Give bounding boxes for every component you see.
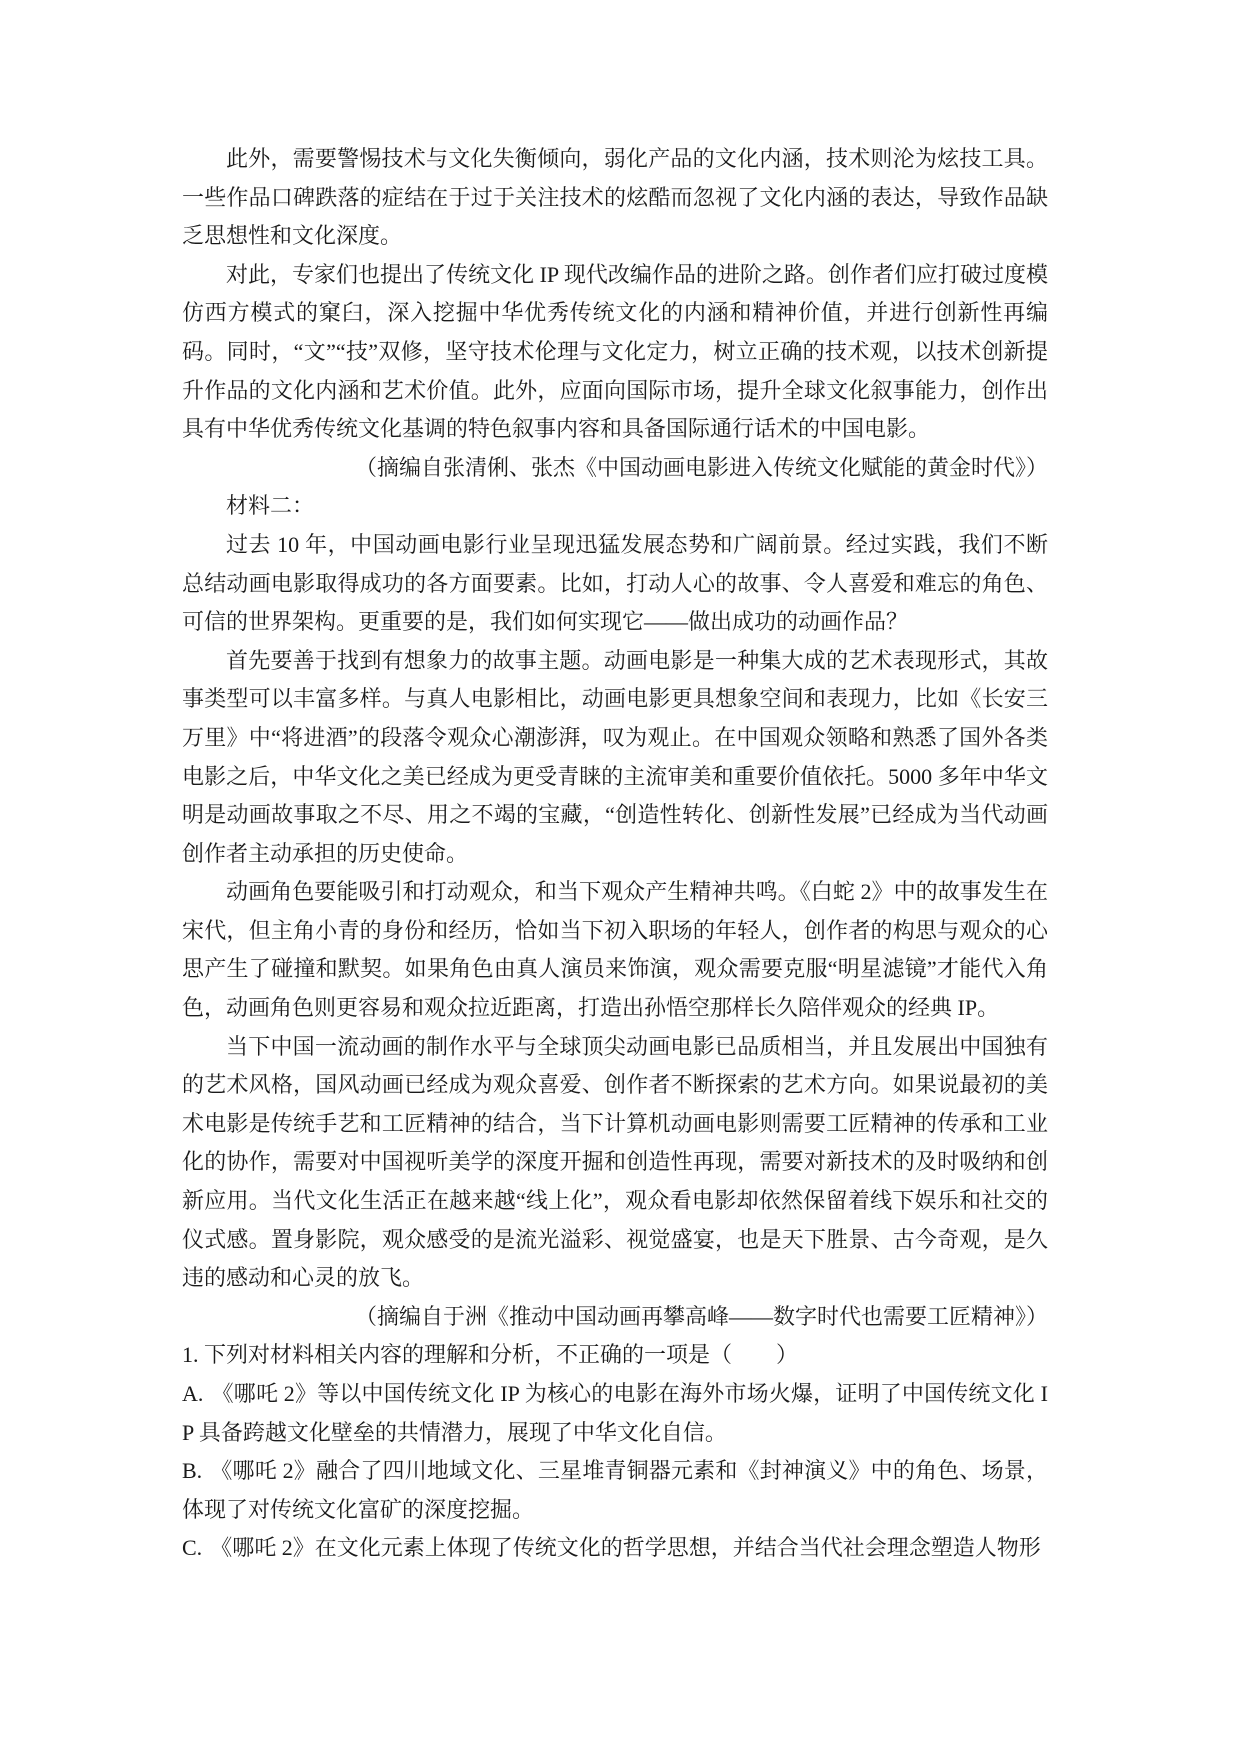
- material2-paragraph-3: 动画角色要能吸引和打动观众，和当下观众产生精神共鸣。《白蛇 2》中的故事发生在宋…: [182, 873, 1048, 1027]
- material2-paragraph-1: 过去 10 年，中国动画电影行业呈现迅猛发展态势和广阔前景。经过实践，我们不断总…: [182, 526, 1048, 642]
- question1-option-a: A.《哪吒 2》等以中国传统文化 IP 为核心的电影在海外市场火爆，证明了中国传…: [182, 1375, 1048, 1452]
- material2-paragraph-2: 首先要善于找到有想象力的故事主题。动画电影是一种集大成的艺术表现形式，其故事类型…: [182, 642, 1048, 874]
- material2-paragraph-4: 当下中国一流动画的制作水平与全球顶尖动画电影已品质相当，并且发展出中国独有的艺术…: [182, 1028, 1048, 1298]
- option-a-text: 《哪吒 2》等以中国传统文化 IP 为核心的电影在海外市场火爆，证明了中国传统文…: [182, 1381, 1048, 1445]
- question1-option-b: B.《哪吒 2》融合了四川地域文化、三星堆青铜器元素和《封神演义》中的角色、场景…: [182, 1452, 1048, 1529]
- material1-citation: （摘编自张清俐、张杰《中国动画电影进入传统文化赋能的黄金时代》）: [182, 449, 1048, 488]
- option-a-label: A.: [182, 1381, 203, 1406]
- question1-option-c: C.《哪吒 2》在文化元素上体现了传统文化的哲学思想，并结合当代社会理念塑造人物…: [182, 1529, 1048, 1568]
- material2-citation: （摘编自于洲《推动中国动画再攀高峰——数字时代也需要工匠精神》）: [182, 1298, 1048, 1337]
- material1-paragraph-1: 此外，需要警惕技术与文化失衡倾向，弱化产品的文化内涵，技术则沦为炫技工具。一些作…: [182, 140, 1048, 256]
- option-c-label: C.: [182, 1535, 202, 1560]
- document-page: 此外，需要警惕技术与文化失衡倾向，弱化产品的文化内涵，技术则沦为炫技工具。一些作…: [0, 0, 1240, 1754]
- question1-stem: 1. 下列对材料相关内容的理解和分析，不正确的一项是（ ）: [182, 1336, 1048, 1375]
- option-b-text: 《哪吒 2》融合了四川地域文化、三星堆青铜器元素和《封神演义》中的角色、场景，体…: [182, 1458, 1048, 1522]
- material2-heading: 材料二：: [182, 487, 1048, 526]
- passage-content: 此外，需要警惕技术与文化失衡倾向，弱化产品的文化内涵，技术则沦为炫技工具。一些作…: [182, 140, 1048, 1568]
- option-b-label: B.: [182, 1458, 202, 1483]
- material1-paragraph-2: 对此，专家们也提出了传统文化 IP 现代改编作品的进阶之路。创作者们应打破过度模…: [182, 256, 1048, 449]
- option-c-text: 《哪吒 2》在文化元素上体现了传统文化的哲学思想，并结合当代社会理念塑造人物形: [210, 1535, 1041, 1560]
